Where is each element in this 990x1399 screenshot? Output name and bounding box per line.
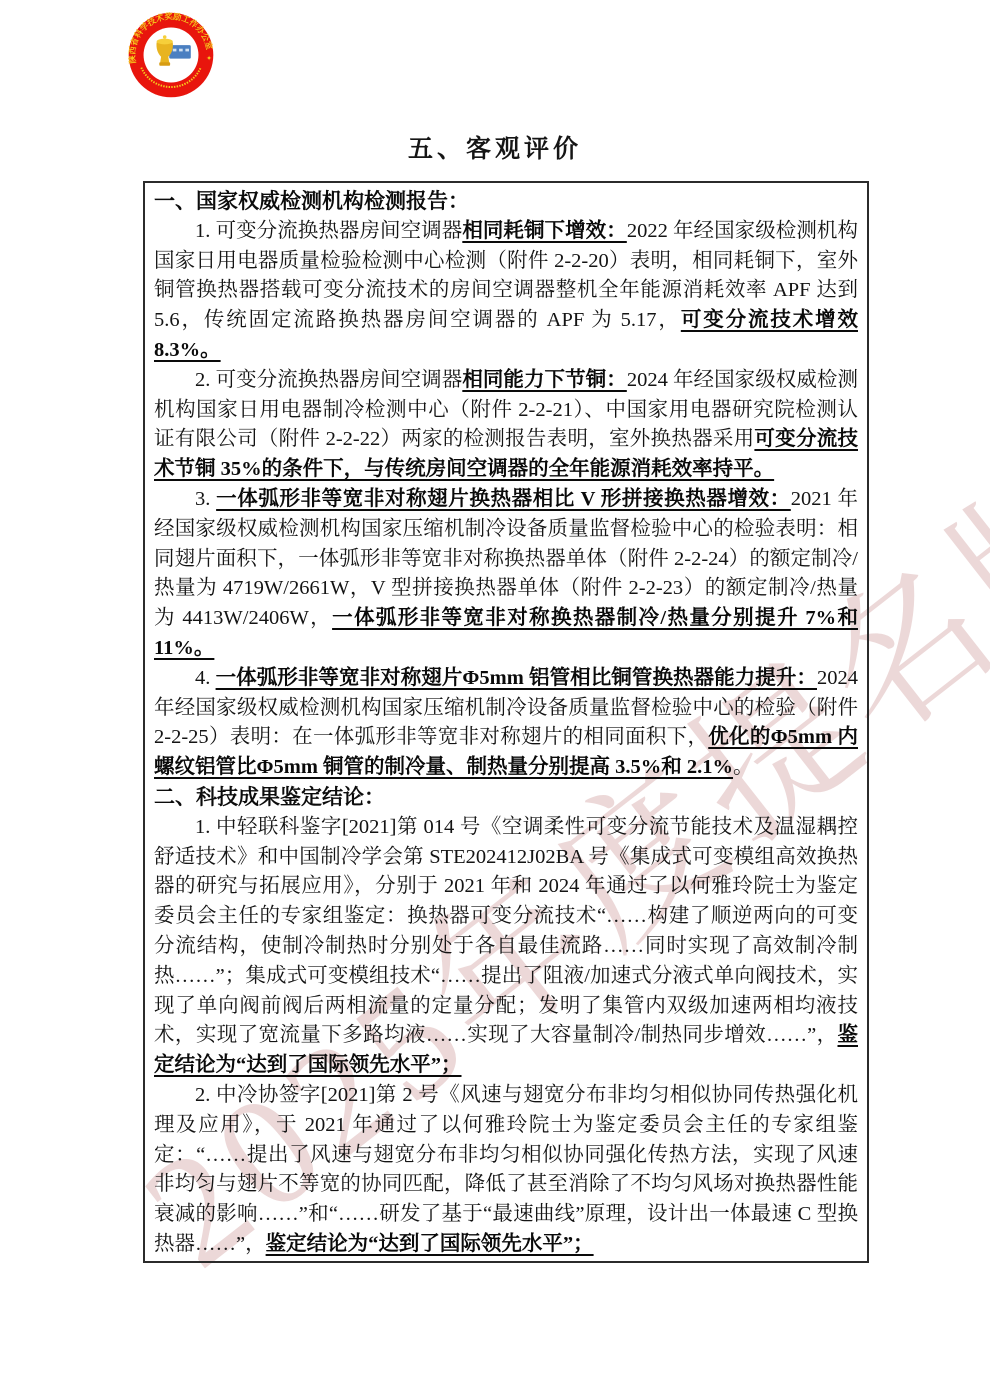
section-heading: 一、国家权威检测机构检测报告： <box>154 187 858 217</box>
seal-star-right-icon: ✦ <box>206 54 212 62</box>
emphasized-text-run: 鉴定结论为“达到了国际领先水平”； <box>266 1233 594 1255</box>
office-seal: 陕西省科学技术奖励工作办公室 ✦ ✦ <box>126 10 216 100</box>
paragraph: 3. 一体弧形非等宽非对称翅片换热器相比 V 形拼接换热器增效：2021 年经国… <box>154 485 858 664</box>
text-run: 1. 中轻联科鉴字[2021]第 014 号《空调柔性可变分流节能技术及温湿耦控… <box>154 816 858 1047</box>
seal-star-left-icon: ✦ <box>130 54 136 62</box>
text-run: 3. <box>195 488 216 510</box>
paragraph: 2. 中冷协签字[2021]第 2 号《风速与翅宽分布非均匀相似协同传热强化机理… <box>154 1081 858 1260</box>
text-run: 2. 可变分流换热器房间空调器 <box>195 369 462 391</box>
text-run: 。 <box>733 756 754 778</box>
emphasized-text-run: 一体弧形非等宽非对称翅片Φ5mm 铝管相比铜管换热器能力提升： <box>216 667 817 689</box>
paragraph: 3. 中冷协鉴字[2025]第 2 号《基于新型稀土铝合金的耐蚀高效铝制换热器关… <box>154 1260 858 1263</box>
emphasized-text-run: 相同耗铜下增效： <box>462 220 627 242</box>
emphasized-text-run: 一体弧形非等宽非对称翅片换热器相比 V 形拼接换热器增效： <box>216 488 791 510</box>
office-seal-graphic: 陕西省科学技术奖励工作办公室 ✦ ✦ <box>126 10 216 100</box>
document-page: { "page": { "title": "五、客观评价" }, "seal":… <box>0 0 990 1399</box>
paragraph: 2. 可变分流换热器房间空调器相同能力下节铜：2024 年经国家级权威检测机构国… <box>154 366 858 485</box>
evaluation-table: 一、国家权威检测机构检测报告：1. 可变分流换热器房间空调器相同耗铜下增效：20… <box>143 181 869 1263</box>
paragraph: 1. 中轻联科鉴字[2021]第 014 号《空调柔性可变分流节能技术及温湿耦控… <box>154 813 858 1081</box>
emphasized-text-run: 相同能力下节铜： <box>462 369 627 391</box>
paragraph: 4. 一体弧形非等宽非对称翅片Φ5mm 铝管相比铜管换热器能力提升：2024 年… <box>154 664 858 783</box>
page-title: 五、客观评价 <box>0 129 990 165</box>
section-heading: 二、科技成果鉴定结论： <box>154 783 858 813</box>
text-run: 4. <box>195 667 216 689</box>
text-run: 1. 可变分流换热器房间空调器 <box>195 220 462 242</box>
paragraph: 1. 可变分流换热器房间空调器相同耗铜下增效：2022 年经国家级检测机构国家日… <box>154 217 858 366</box>
document-body: 一、国家权威检测机构检测报告：1. 可变分流换热器房间空调器相同耗铜下增效：20… <box>154 187 858 1263</box>
text-run: 2. 中冷协签字[2021]第 2 号《风速与翅宽分布非均匀相似协同传热强化机理… <box>154 1084 858 1255</box>
